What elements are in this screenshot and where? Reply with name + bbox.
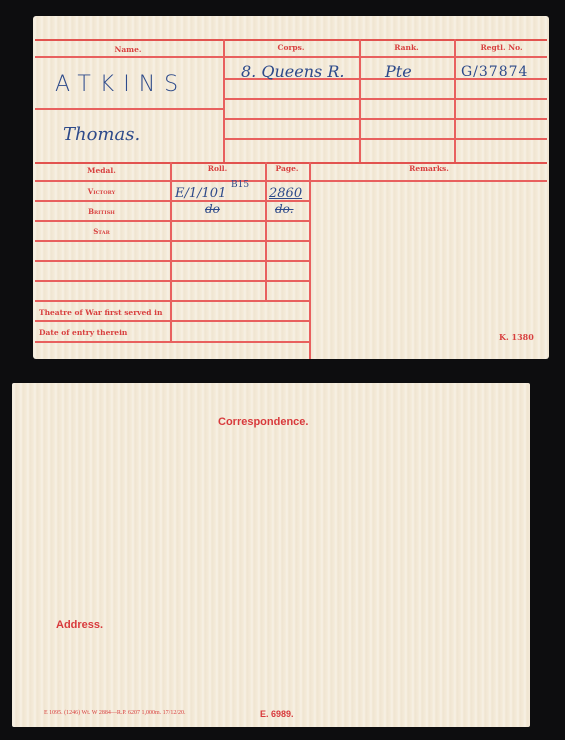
form-number: K. 1380 (499, 332, 534, 342)
form-code: E. 6989. (260, 709, 294, 719)
rule (35, 341, 309, 343)
header-medal: Medal. (33, 166, 170, 175)
rule (35, 240, 309, 242)
medal-british: British (33, 207, 170, 216)
rule (225, 118, 547, 120)
header-rank: Rank. (359, 43, 454, 52)
rule (35, 280, 309, 282)
address-label: Address. (56, 619, 103, 631)
rule (35, 200, 309, 202)
surname-entry: ATKINS (55, 72, 187, 97)
rule (170, 162, 172, 342)
header-name: Name. (33, 45, 223, 54)
rule (35, 260, 309, 262)
roll-victory-sup: B15 (231, 180, 249, 190)
roll-british: do (205, 202, 220, 216)
rule (35, 56, 547, 58)
header-corps: Corps. (223, 43, 359, 52)
rule (359, 39, 361, 162)
rule (454, 39, 456, 162)
print-line: E 1095. (1246) Wt. W 2884—R.P. 6207 1,00… (44, 710, 186, 716)
rule (35, 220, 309, 222)
rule (225, 98, 547, 100)
regtl-no-entry: G/37874 (461, 64, 528, 80)
rule (223, 39, 225, 162)
forename-entry: Thomas. (63, 124, 140, 145)
medal-victory: Victory (33, 187, 170, 196)
rule (225, 138, 547, 140)
rule (35, 39, 547, 41)
medal-card-front: Name. Corps. Rank. Regtl. No. ATKINS Tho… (33, 16, 549, 359)
rule (35, 300, 309, 302)
header-regtl-no: Regtl. No. (454, 43, 549, 52)
rule (35, 180, 547, 182)
theatre-label: Theatre of War first served in (39, 308, 162, 317)
rule (309, 162, 311, 359)
date-entry-label: Date of entry therein (39, 328, 127, 337)
page-victory: 2860 (269, 186, 302, 201)
corps-entry: 8. Queens R. (241, 62, 344, 81)
medal-star: Star (33, 227, 170, 236)
rank-entry: Pte (385, 62, 412, 81)
correspondence-label: Correspondence. (218, 416, 308, 428)
roll-victory: E/1/101 (175, 186, 226, 201)
page-british: do. (275, 202, 294, 216)
rule (35, 320, 309, 322)
medal-card-back: Correspondence. Address. E 1095. (1246) … (12, 383, 530, 727)
header-page: Page. (265, 164, 309, 173)
header-remarks: Remarks. (309, 164, 549, 173)
header-roll: Roll. (170, 164, 265, 173)
rule (35, 108, 223, 110)
